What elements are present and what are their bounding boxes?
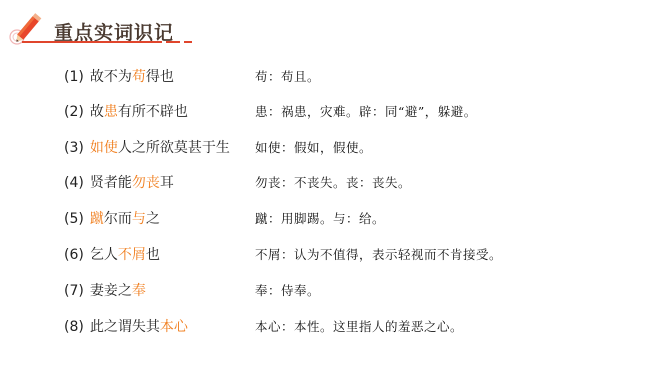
word-gloss: 如使：假如，假使。 [255, 138, 372, 156]
phrase-text: 得也 [146, 69, 174, 85]
phrase-text: 乞人 [90, 247, 118, 263]
item-number: (5) [64, 211, 84, 227]
classical-phrase: (2)故患有所不辟也 [64, 101, 188, 121]
highlighted-word: 不屑 [118, 247, 146, 263]
word-gloss: 奉：侍奉。 [255, 281, 320, 299]
phrase-text: 贤者能 [90, 175, 132, 191]
highlighted-word: 与 [132, 211, 146, 227]
classical-phrase: (6)乞人不屑也 [64, 244, 160, 264]
phrase-text: 有所不辟也 [118, 104, 188, 120]
list-item: (3)如使人之所欲莫甚于生如使：假如，假使。 [0, 137, 668, 157]
highlighted-word: 蹴 [90, 211, 104, 227]
highlighted-word: 患 [104, 104, 118, 120]
phrase-text: 也 [146, 247, 160, 263]
classical-phrase: (3)如使人之所欲莫甚于生 [64, 137, 230, 157]
highlighted-word: 苟 [132, 69, 146, 85]
phrase-text: 人之所欲莫甚于生 [118, 140, 230, 156]
classical-phrase: (5)蹴尔而与之 [64, 208, 160, 228]
item-number: (2) [64, 104, 84, 120]
phrase-text: 尔而 [104, 211, 132, 227]
item-number: (1) [64, 69, 84, 85]
word-gloss: 勿丧：不丧失。丧：丧失。 [255, 173, 411, 191]
phrase-text: 妻妾之 [90, 283, 132, 299]
classical-phrase: (1)故不为苟得也 [64, 66, 174, 86]
list-item: (7)妻妾之奉奉：侍奉。 [0, 280, 668, 300]
list-item: (1)故不为苟得也苟：苟且。 [0, 66, 668, 86]
phrase-text: 之 [146, 211, 160, 227]
phrase-text: 故 [90, 104, 104, 120]
item-number: (8) [64, 319, 84, 335]
highlighted-word: 如使 [90, 140, 118, 156]
item-number: (3) [64, 140, 84, 156]
title-underline-dash [184, 41, 192, 43]
classical-phrase: (8)此之谓失其本心 [64, 316, 188, 336]
word-gloss: 本心：本性。这里指人的羞恶之心。 [255, 317, 463, 335]
word-gloss: 苟：苟且。 [255, 67, 320, 85]
item-number: (4) [64, 175, 84, 191]
list-item: (4)贤者能勿丧耳勿丧：不丧失。丧：丧失。 [0, 172, 668, 192]
item-number: (7) [64, 283, 84, 299]
phrase-text: 耳 [160, 175, 174, 191]
phrase-text: 此之谓失其 [90, 319, 160, 335]
item-number: (6) [64, 247, 84, 263]
word-gloss: 蹴：用脚踢。与：给。 [255, 209, 385, 227]
list-item: (6)乞人不屑也不屑：认为不值得，表示轻视而不肯接受。 [0, 244, 668, 264]
title-underline [22, 41, 162, 43]
highlighted-word: 奉 [132, 283, 146, 299]
slide-header: 重点实词识记 [0, 0, 668, 56]
list-item: (2)故患有所不辟也患：祸患，灾难。辟：同“避”，躲避。 [0, 101, 668, 121]
highlighted-word: 本心 [160, 319, 188, 335]
list-item: (8)此之谓失其本心本心：本性。这里指人的羞恶之心。 [0, 316, 668, 336]
title-underline-dash [166, 41, 180, 43]
phrase-text: 故不为 [90, 69, 132, 85]
word-gloss: 患：祸患，灾难。辟：同“避”，躲避。 [255, 102, 477, 120]
highlighted-word: 勿丧 [132, 175, 160, 191]
word-gloss: 不屑：认为不值得，表示轻视而不肯接受。 [255, 245, 502, 263]
classical-phrase: (4)贤者能勿丧耳 [64, 172, 174, 192]
classical-phrase: (7)妻妾之奉 [64, 280, 146, 300]
list-item: (5)蹴尔而与之蹴：用脚踢。与：给。 [0, 208, 668, 228]
